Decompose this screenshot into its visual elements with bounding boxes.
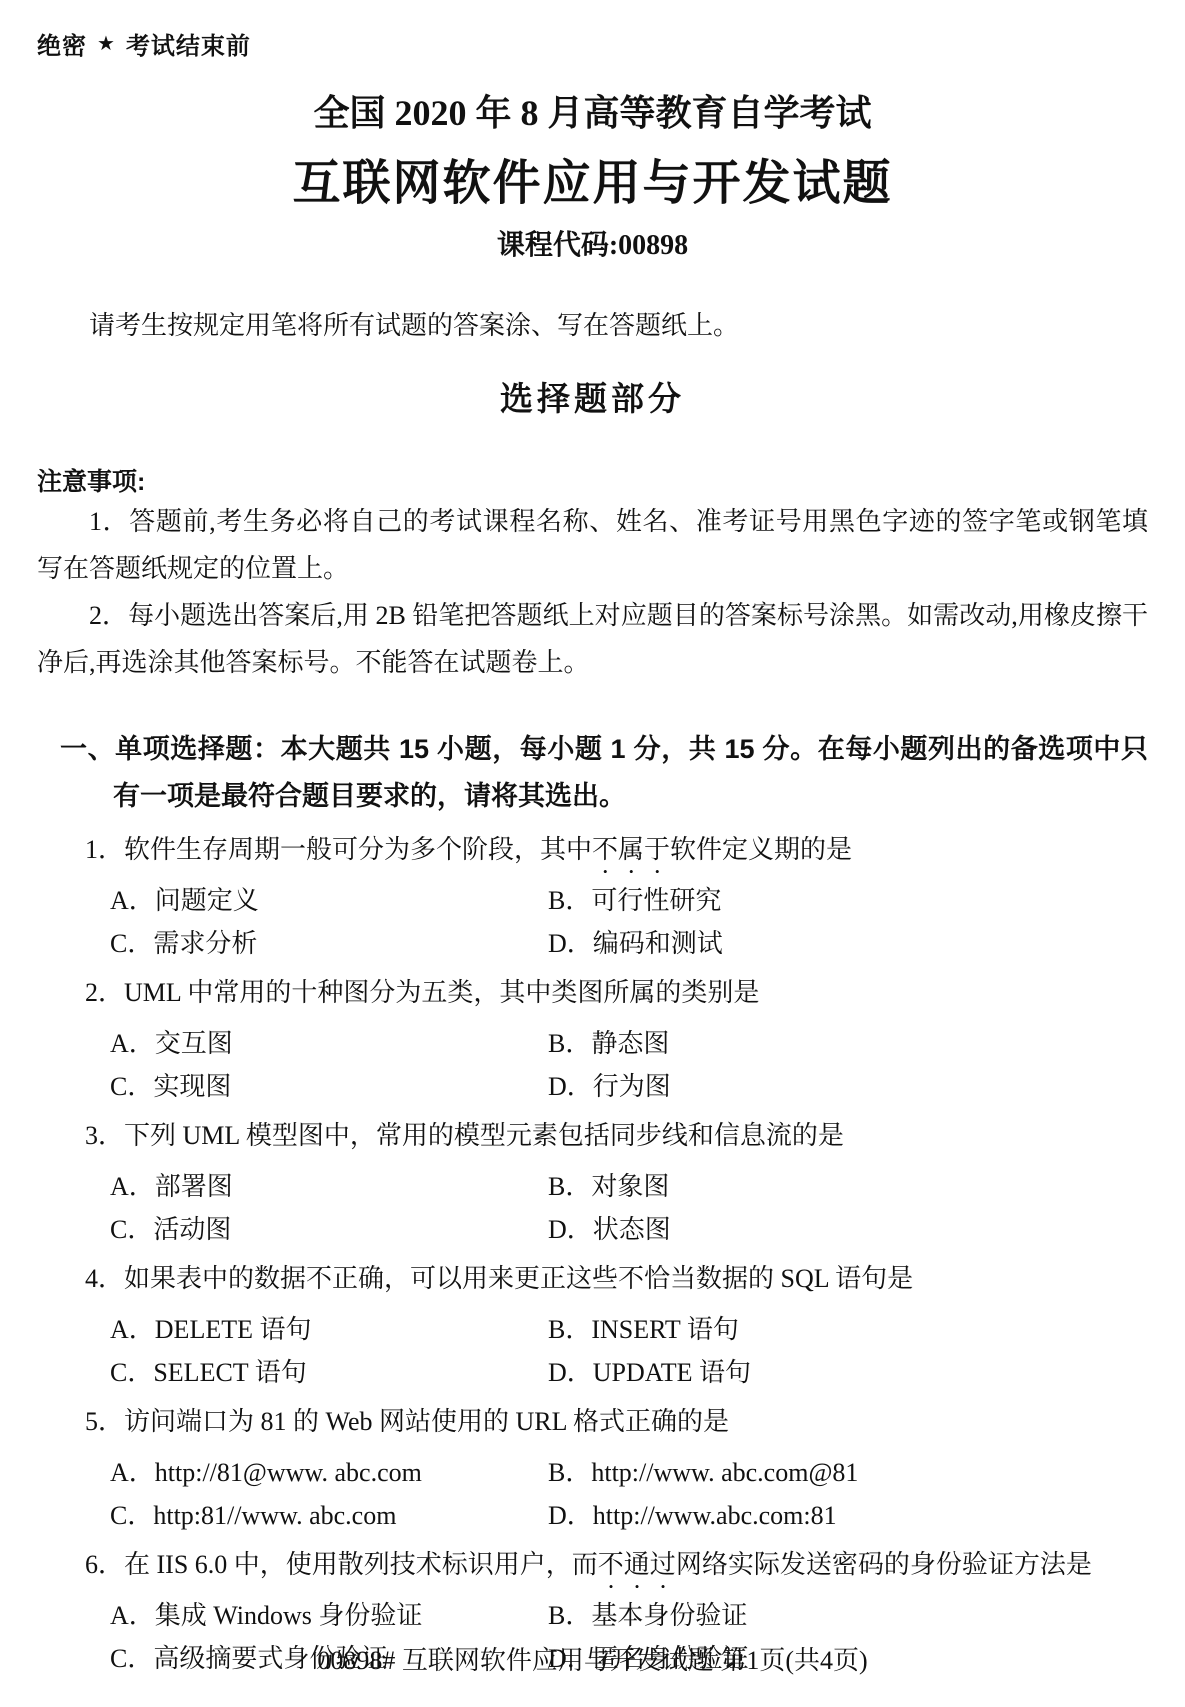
option-2a: A．交互图 (110, 1022, 548, 1065)
option-label: D． (548, 1215, 593, 1244)
option-1a: A．问题定义 (110, 879, 548, 922)
option-label: D． (548, 1358, 593, 1387)
classification-label: 绝密 (37, 26, 87, 61)
question-pre: 下列 UML 模型图中，常用的模型元素包括同步线和信息流的是 (124, 1121, 844, 1150)
question-emphasis: 不通过 (598, 1550, 676, 1579)
option-label: B． (548, 886, 591, 915)
option-1c: C．需求分析 (110, 922, 548, 965)
option-6b: B．基本身份验证 (548, 1594, 1148, 1637)
option-text: 部署图 (155, 1172, 233, 1201)
section-title: 选择题部分 (37, 373, 1148, 420)
intro-instruction: 请考生按规定用笔将所有试题的答案涂、写在答题纸上。 (37, 309, 1148, 343)
option-label: C． (110, 929, 153, 958)
option-label: D． (548, 1072, 593, 1101)
option-text: 基本身份验证 (591, 1601, 747, 1630)
option-3d: D．状态图 (548, 1208, 1148, 1251)
question-3-options: A．部署图 B．对象图 C．活动图 D．状态图 (110, 1165, 1148, 1251)
question-pre: 访问端口为 81 的 Web 网站使用的 URL 格式正确的是 (124, 1407, 729, 1436)
option-text: http://81@www. abc.com (155, 1458, 422, 1487)
question-4-options: A．DELETE 语句 B．INSERT 语句 C．SELECT 语句 D．UP… (110, 1308, 1148, 1394)
option-5a: A．http://81@www. abc.com (110, 1451, 548, 1494)
question-number: 1． (85, 835, 124, 864)
question-1-text: 1．软件生存周期一般可分为多个阶段，其中不属于软件定义期的是 (37, 828, 1148, 879)
option-label: B． (548, 1029, 591, 1058)
option-label: B． (548, 1601, 591, 1630)
option-3c: C．活动图 (110, 1208, 548, 1251)
question-6-text: 6．在 IIS 6.0 中，使用散列技术标识用户，而不通过网络实际发送密码的身份… (37, 1543, 1148, 1594)
option-label: B． (548, 1458, 591, 1487)
option-text: 交互图 (155, 1029, 233, 1058)
question-number: 4． (85, 1264, 124, 1293)
option-text: 静态图 (591, 1029, 669, 1058)
option-text: 活动图 (153, 1215, 231, 1244)
option-4d: D．UPDATE 语句 (548, 1351, 1148, 1394)
notice-item-1: 1．答题前,考生务必将自己的考试课程名称、姓名、准考证号用黑色字迹的签字笔或钢笔… (37, 498, 1148, 592)
option-5d: D．http://www.abc.com:81 (548, 1494, 1148, 1537)
question-pre: UML 中常用的十种图分为五类，其中类图所属的类别是 (124, 978, 759, 1007)
option-text: http://www.abc.com:81 (593, 1501, 837, 1530)
option-label: B． (548, 1172, 591, 1201)
option-text: 问题定义 (155, 886, 259, 915)
question-4-text: 4．如果表中的数据不正确，可以用来更正这些不恰当数据的 SQL 语句是 (37, 1257, 1148, 1308)
question-1: 1．软件生存周期一般可分为多个阶段，其中不属于软件定义期的是 A．问题定义 B．… (37, 828, 1148, 965)
option-2b: B．静态图 (548, 1022, 1148, 1065)
option-4c: C．SELECT 语句 (110, 1351, 548, 1394)
option-text: http:81//www. abc.com (153, 1501, 396, 1530)
option-text: UPDATE 语句 (593, 1358, 751, 1387)
option-text: 状态图 (593, 1215, 671, 1244)
option-label: C． (110, 1072, 153, 1101)
option-4a: A．DELETE 语句 (110, 1308, 548, 1351)
option-text: INSERT 语句 (591, 1315, 738, 1344)
question-5: 5．访问端口为 81 的 Web 网站使用的 URL 格式正确的是 A．http… (37, 1400, 1148, 1537)
option-text: 实现图 (153, 1072, 231, 1101)
option-1b: B．可行性研究 (548, 879, 1148, 922)
option-2c: C．实现图 (110, 1065, 548, 1108)
option-6a: A．集成 Windows 身份验证 (110, 1594, 548, 1637)
option-text: SELECT 语句 (153, 1358, 306, 1387)
option-2d: D．行为图 (548, 1065, 1148, 1108)
notice-title: 注意事项: (37, 462, 1148, 498)
course-code: 课程代码:00898 (37, 223, 1148, 263)
question-emphasis: 不属于 (592, 835, 670, 864)
option-3b: B．对象图 (548, 1165, 1148, 1208)
option-text: 可行性研究 (591, 886, 721, 915)
option-5c: C．http:81//www. abc.com (110, 1494, 548, 1537)
option-text: 集成 Windows 身份验证 (155, 1601, 423, 1630)
option-3a: A．部署图 (110, 1165, 548, 1208)
option-label: B． (548, 1315, 591, 1344)
option-label: C． (110, 1358, 153, 1387)
question-4: 4．如果表中的数据不正确，可以用来更正这些不恰当数据的 SQL 语句是 A．DE… (37, 1257, 1148, 1394)
option-label: C． (110, 1215, 153, 1244)
option-label: A． (110, 1315, 155, 1344)
notice-item-2: 2．每小题选出答案后,用 2B 铅笔把答题纸上对应题目的答案标号涂黑。如需改动,… (37, 592, 1148, 686)
question-5-text: 5．访问端口为 81 的 Web 网站使用的 URL 格式正确的是 (37, 1400, 1148, 1451)
option-label: A． (110, 1172, 155, 1201)
star-icon: ★ (97, 31, 116, 56)
option-label: A． (110, 1601, 155, 1630)
question-post: 网络实际发送密码的身份验证方法是 (676, 1550, 1092, 1579)
question-list: 1．软件生存周期一般可分为多个阶段，其中不属于软件定义期的是 A．问题定义 B．… (37, 828, 1148, 1680)
exam-title-line2: 互联网软件应用与开发试题 (37, 144, 1148, 213)
question-pre: 软件生存周期一般可分为多个阶段，其中 (124, 835, 592, 864)
option-label: C． (110, 1501, 153, 1530)
exam-paper-page: 绝密 ★ 考试结束前 全国 2020 年 8 月高等教育自学考试 互联网软件应用… (0, 0, 1185, 1707)
option-1d: D．编码和测试 (548, 922, 1148, 965)
question-2-options: A．交互图 B．静态图 C．实现图 D．行为图 (110, 1022, 1148, 1108)
question-2-text: 2．UML 中常用的十种图分为五类，其中类图所属的类别是 (37, 971, 1148, 1022)
question-pre: 在 IIS 6.0 中，使用散列技术标识用户，而 (124, 1550, 598, 1579)
option-label: D． (548, 929, 593, 958)
question-2: 2．UML 中常用的十种图分为五类，其中类图所属的类别是 A．交互图 B．静态图… (37, 971, 1148, 1108)
option-text: 需求分析 (153, 929, 257, 958)
option-label: A． (110, 886, 155, 915)
option-5b: B．http://www. abc.com@81 (548, 1451, 1148, 1494)
question-pre: 如果表中的数据不正确，可以用来更正这些不恰当数据的 SQL 语句是 (124, 1264, 913, 1293)
option-text: 对象图 (591, 1172, 669, 1201)
question-1-options: A．问题定义 B．可行性研究 C．需求分析 D．编码和测试 (110, 879, 1148, 965)
question-number: 5． (85, 1407, 124, 1436)
option-label: A． (110, 1029, 155, 1058)
option-4b: B．INSERT 语句 (548, 1308, 1148, 1351)
classification-line: 绝密 ★ 考试结束前 (37, 26, 1148, 61)
classification-note: 考试结束前 (126, 26, 251, 61)
exam-title-line1: 全国 2020 年 8 月高等教育自学考试 (37, 85, 1148, 136)
question-post: 软件定义期的是 (670, 835, 852, 864)
part1-heading: 一、单项选择题：本大题共 15 小题，每小题 1 分，共 15 分。在每小题列出… (37, 726, 1148, 820)
page-footer: 00898# 互联网软件应用与开发试题 第1页(共4页) (0, 1640, 1185, 1677)
question-5-options: A．http://81@www. abc.com B．http://www. a… (110, 1451, 1148, 1537)
option-text: 行为图 (593, 1072, 671, 1101)
question-3-text: 3．下列 UML 模型图中，常用的模型元素包括同步线和信息流的是 (37, 1114, 1148, 1165)
question-number: 2． (85, 978, 124, 1007)
option-text: 编码和测试 (593, 929, 723, 958)
question-3: 3．下列 UML 模型图中，常用的模型元素包括同步线和信息流的是 A．部署图 B… (37, 1114, 1148, 1251)
option-label: D． (548, 1501, 593, 1530)
option-text: http://www. abc.com@81 (591, 1458, 858, 1487)
question-number: 6． (85, 1550, 124, 1579)
question-number: 3． (85, 1121, 124, 1150)
option-text: DELETE 语句 (155, 1315, 312, 1344)
option-label: A． (110, 1458, 155, 1487)
